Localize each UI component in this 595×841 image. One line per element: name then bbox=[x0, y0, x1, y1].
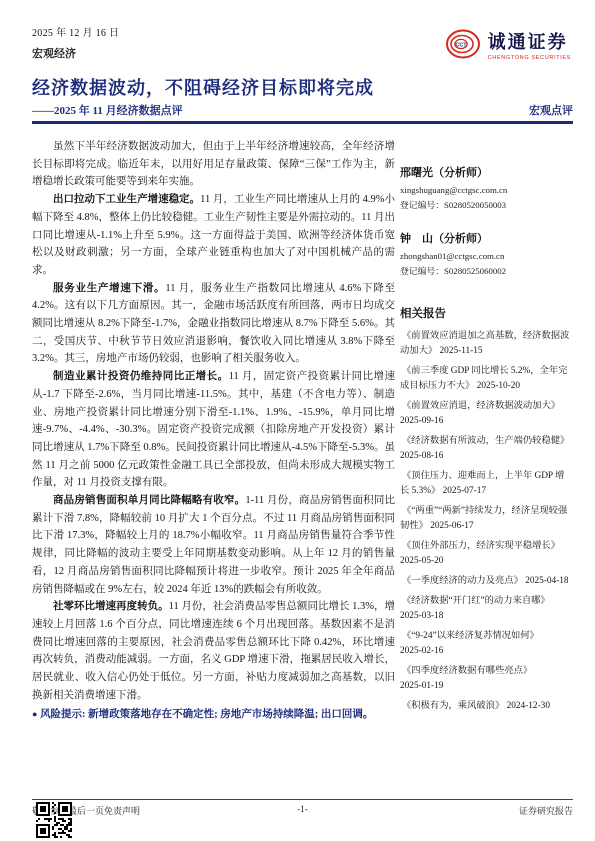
related-report-date: 2025-11-15 bbox=[440, 346, 483, 356]
related-report-title: 《前置效应消退，经济数据波动加大》 bbox=[400, 401, 560, 411]
paragraph-lead: 社零环比增速再度转负。 bbox=[53, 601, 169, 612]
paragraph-lead: 服务业生产增速下滑。 bbox=[53, 283, 165, 294]
subtitle-row: ——2025 年 11 月经济数据点评 宏观点评 bbox=[32, 102, 573, 118]
related-report-date: 2025-06-17 bbox=[430, 521, 473, 531]
brand-name-cn: 诚通证券 bbox=[488, 28, 571, 54]
related-report-title: 《“9-24”以来经济复苏情况如何》 bbox=[400, 631, 539, 641]
paragraph-text: 1-11 月份，商品房销售面积同比累计下滑 7.8%，降幅较前 10 月扩大 1… bbox=[32, 495, 395, 595]
brand-logo-text: 诚通证券 CHENGTONG SECURITIES bbox=[488, 28, 571, 61]
report-page: 2025 年 12 月 16 日 宏观经济 CCT 诚通证券 CHENGTONG… bbox=[0, 0, 595, 841]
body-paragraph: 商品房销售面积单月同比降幅略有收窄。1-11 月份，商品房销售面积同比累计下滑 … bbox=[32, 492, 395, 598]
footer-row: -1- 敬请参阅最后一页免责声明 证券研究报告 bbox=[32, 804, 573, 817]
related-report-date: 2025-08-16 bbox=[400, 451, 443, 461]
report-subtitle: ——2025 年 11 月经济数据点评 bbox=[32, 102, 183, 118]
paragraph-text: 11 月，服务业生产指数同比增速从 4.6%下降至 4.2%。这有以下几方面原因… bbox=[32, 283, 395, 365]
related-report-item: 《一季度经济的动力及亮点》 2025-04-18 bbox=[400, 574, 573, 589]
qr-code-icon bbox=[36, 802, 72, 838]
related-report-title: 《积极有为，乘风破浪》 bbox=[400, 701, 507, 711]
analyst-name: 钟 山（分析师） bbox=[400, 230, 573, 246]
paragraph-text: 11 月份，社会消费品零售总额同比增长 1.3%，增速较上月回落 1.6 个百分… bbox=[32, 601, 395, 701]
page-footer: -1- 敬请参阅最后一页免责声明 证券研究报告 bbox=[32, 799, 573, 841]
related-report-date: 2025-01-19 bbox=[400, 681, 443, 691]
related-report-item: 《前置效应消退，经济数据波动加大》 2025-09-16 bbox=[400, 399, 573, 429]
related-report-item: 《四季度经济数据有哪些亮点》 2025-01-19 bbox=[400, 664, 573, 694]
analyst-block: 钟 山（分析师） zhongshan01@cctgsc.com.cn 登记编号：… bbox=[400, 230, 573, 277]
analyst-email: xingshuguang@cctgsc.com.cn bbox=[400, 185, 573, 195]
related-report-title: 《四季度经济数据有哪些亮点》 bbox=[400, 666, 532, 676]
content-area: 虽然下半年经济数据波动加大，但由于上半年经济增速较高，全年经济增长目标即将完成。… bbox=[32, 132, 573, 723]
related-report-item: 《经济数据“开门红”的动力来自哪》 2025-03-18 bbox=[400, 594, 573, 624]
related-reports-list: 《前置效应消退加之高基数，经济数据波动加大》 2025-11-15 《前三季度 … bbox=[400, 329, 573, 714]
registration-label: 登记编号： bbox=[400, 266, 444, 276]
related-report-item: 《“9-24”以来经济复苏情况如何》 2025-02-16 bbox=[400, 629, 573, 659]
risk-warning-text: 风险提示: 新增政策落地存在不确定性; 房地产市场持续降温; 出口回调。 bbox=[40, 709, 373, 720]
page-header: 2025 年 12 月 16 日 宏观经济 CCT 诚通证券 CHENGTONG… bbox=[32, 24, 573, 61]
related-report-title: 《经济数据“开门红”的动力来自哪》 bbox=[400, 596, 550, 606]
sidebar: 邢曙光（分析师） xingshuguang@cctgsc.com.cn 登记编号… bbox=[395, 132, 573, 723]
related-report-date: 2024-12-30 bbox=[507, 701, 550, 711]
registration-label: 登记编号： bbox=[400, 200, 444, 210]
related-report-item: 《经济数据有所波动，生产端仍较稳健》 2025-08-16 bbox=[400, 434, 573, 464]
report-body: 虽然下半年经济数据波动加大，但由于上半年经济增速较高，全年经济增长目标即将完成。… bbox=[32, 132, 395, 723]
analyst-registration: 登记编号：S0280525060002 bbox=[400, 264, 573, 277]
related-report-item: 《前置效应消退加之高基数，经济数据波动加大》 2025-11-15 bbox=[400, 329, 573, 359]
header-divider bbox=[32, 121, 573, 124]
related-report-date: 2025-04-18 bbox=[525, 576, 568, 586]
related-report-item: 《顶住压力、迎难而上，上半年 GDP 增长 5.3%》 2025-07-17 bbox=[400, 469, 573, 499]
related-report-date: 2025-09-16 bbox=[400, 416, 443, 426]
brand-logo-icon: CCT bbox=[445, 26, 481, 62]
bullet-icon: ● bbox=[32, 709, 37, 719]
analyst-list: 邢曙光（分析师） xingshuguang@cctgsc.com.cn 登记编号… bbox=[400, 164, 573, 277]
related-report-item: 《“两重”“两新”持续发力，经济呈现较强韧性》 2025-06-17 bbox=[400, 504, 573, 534]
body-paragraph: 虽然下半年经济数据波动加大，但由于上半年经济增速较高，全年经济增长目标即将完成。… bbox=[32, 138, 395, 191]
analyst-name: 邢曙光（分析师） bbox=[400, 164, 573, 180]
registration-number: S0280520050003 bbox=[444, 200, 506, 210]
paragraph-text: 11 月，工业生产同比增速从上月的 4.9%小幅下降至 4.8%，整体上仍比较稳… bbox=[32, 194, 395, 276]
analyst-email: zhongshan01@cctgsc.com.cn bbox=[400, 251, 573, 261]
related-report-date: 2025-05-20 bbox=[400, 556, 443, 566]
related-report-title: 《一季度经济的动力及亮点》 bbox=[400, 576, 525, 586]
analyst-block: 邢曙光（分析师） xingshuguang@cctgsc.com.cn 登记编号… bbox=[400, 164, 573, 211]
related-report-item: 《积极有为，乘风破浪》 2024-12-30 bbox=[400, 699, 573, 714]
brand-logo: CCT 诚通证券 CHENGTONG SECURITIES bbox=[445, 26, 571, 62]
related-report-date: 2025-03-18 bbox=[400, 611, 443, 621]
related-report-item: 《顶住外部压力，经济实现平稳增长》 2025-05-20 bbox=[400, 539, 573, 569]
registration-number: S0280525060002 bbox=[444, 266, 506, 276]
analyst-registration: 登记编号：S0280520050003 bbox=[400, 198, 573, 211]
related-report-title: 《经济数据有所波动，生产端仍较稳健》 bbox=[400, 436, 569, 446]
svg-text:CCT: CCT bbox=[455, 43, 467, 49]
paragraph-text: 虽然下半年经济数据波动加大，但由于上半年经济增速较高，全年经济增长目标即将完成。… bbox=[32, 141, 395, 187]
footer-report-type: 证券研究报告 bbox=[519, 804, 573, 817]
report-type-label: 宏观点评 bbox=[529, 102, 573, 118]
related-reports-title: 相关报告 bbox=[400, 305, 573, 321]
paragraph-lead: 出口拉动下工业生产增速稳定。 bbox=[53, 194, 200, 205]
brand-name-en: CHENGTONG SECURITIES bbox=[488, 55, 571, 61]
related-report-date: 2025-10-20 bbox=[477, 381, 520, 391]
body-paragraph: 社零环比增速再度转负。11 月份，社会消费品零售总额同比增长 1.3%，增速较上… bbox=[32, 598, 395, 704]
body-paragraph: 出口拉动下工业生产增速稳定。11 月，工业生产同比增速从上月的 4.9%小幅下降… bbox=[32, 191, 395, 280]
related-report-date: 2025-07-17 bbox=[443, 486, 486, 496]
related-report-title: 《顶住外部压力，经济实现平稳增长》 bbox=[400, 541, 560, 551]
paragraph-text: 11 月，固定资产投资累计同比增速从-1.7 下降至-2.6%，当月同比增速-1… bbox=[32, 371, 395, 488]
related-report-title: 《前置效应消退加之高基数，经济数据波动加大》 bbox=[400, 331, 569, 356]
paragraph-lead: 制造业累计投资仍维持同比正增长。 bbox=[53, 371, 229, 382]
related-report-item: 《前三季度 GDP 同比增长 5.2%，全年完成目标压力不大》 2025-10-… bbox=[400, 364, 573, 394]
risk-warning: ● 风险提示: 新增政策落地存在不确定性; 房地产市场持续降温; 出口回调。 bbox=[32, 706, 395, 724]
related-report-title: 《“两重”“两新”持续发力，经济呈现较强韧性》 bbox=[400, 506, 567, 531]
paragraph-lead: 商品房销售面积单月同比降幅略有收窄。 bbox=[53, 495, 245, 506]
footer-divider bbox=[32, 799, 573, 800]
page-title: 经济数据波动，不阻碍经济目标即将完成 bbox=[32, 74, 573, 100]
body-paragraph: 制造业累计投资仍维持同比正增长。11 月，固定资产投资累计同比增速从-1.7 下… bbox=[32, 368, 395, 492]
body-paragraph: 服务业生产增速下滑。11 月，服务业生产指数同比增速从 4.6%下降至 4.2%… bbox=[32, 280, 395, 369]
related-report-date: 2025-02-16 bbox=[400, 646, 443, 656]
paragraph-list: 虽然下半年经济数据波动加大，但由于上半年经济增速较高，全年经济增长目标即将完成。… bbox=[32, 138, 395, 705]
